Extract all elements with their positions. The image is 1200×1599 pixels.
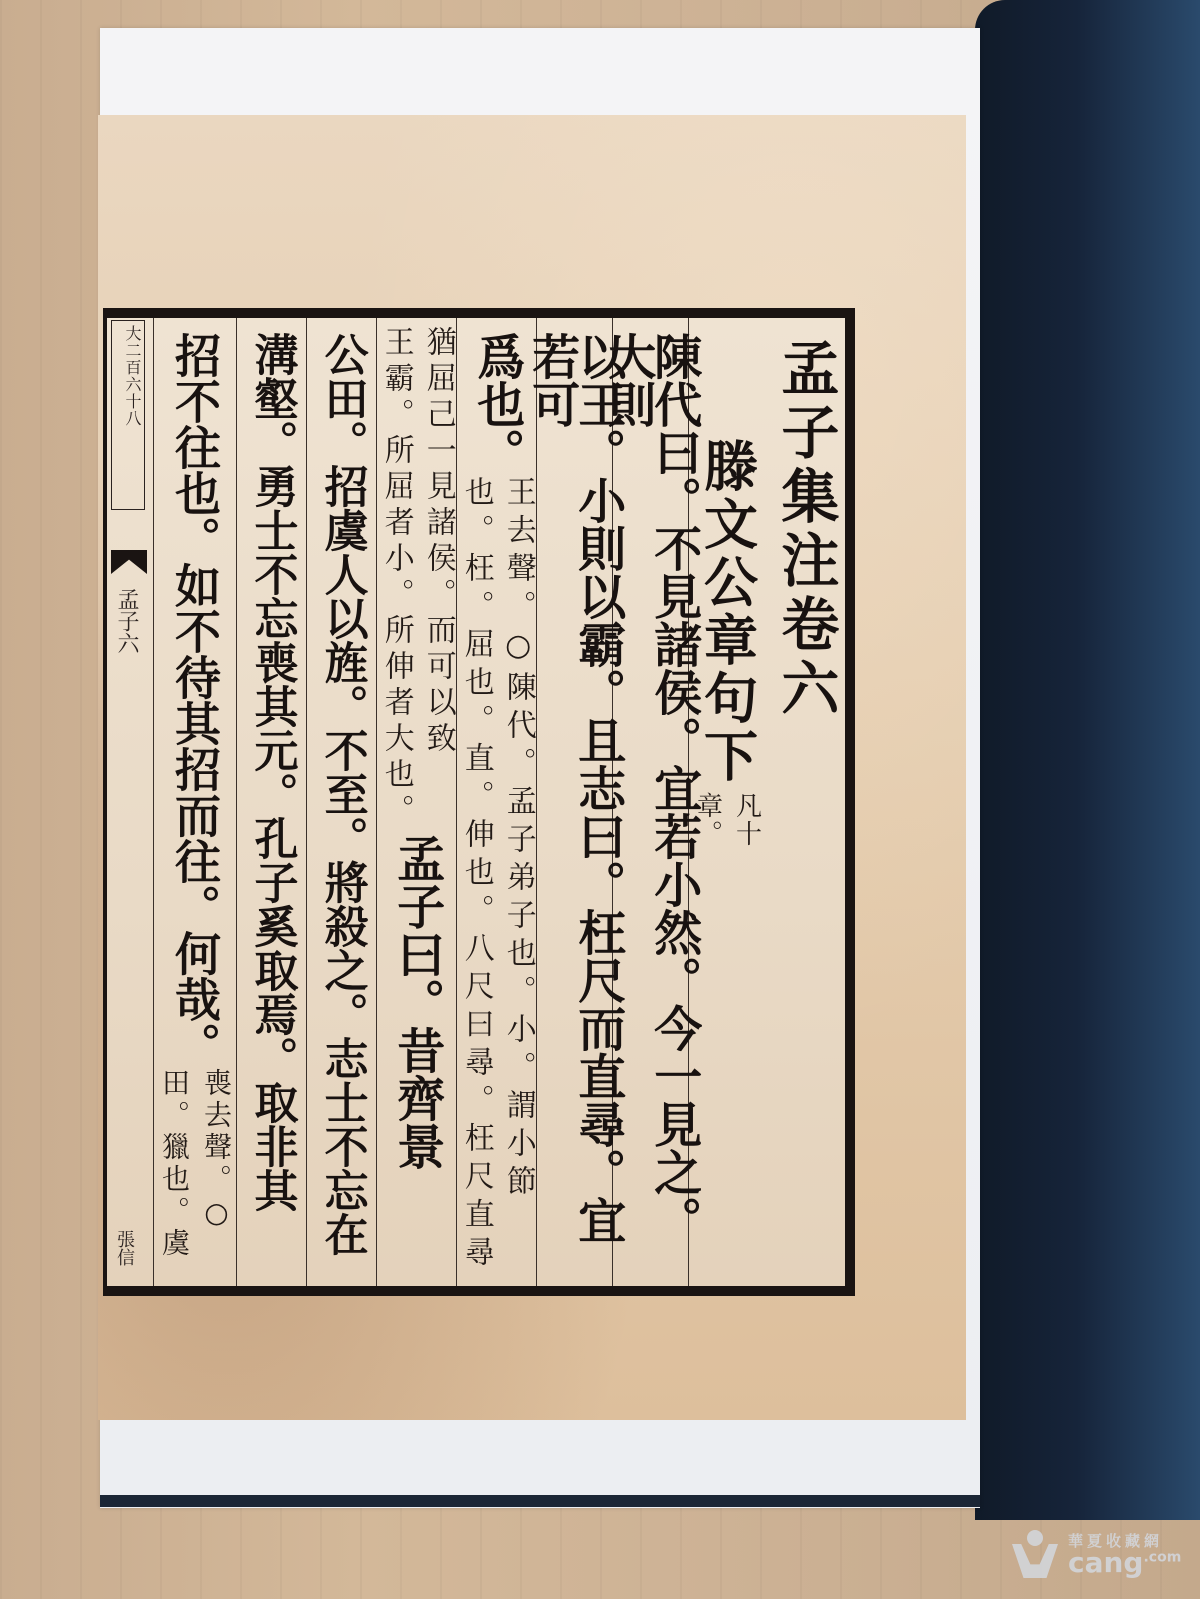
column-text-7: 公田。招虞人以旌。不至。將殺之。志士不忘在 [306, 318, 376, 1286]
watermark-tld: .com [1143, 1549, 1181, 1565]
book-title: 孟子集注卷六 [767, 318, 843, 1286]
margin-volume-label: 孟子六 [111, 588, 142, 654]
commentary-left: 田。獵也。虞 [154, 1068, 194, 1260]
cang-logo-icon [1010, 1530, 1060, 1580]
carver-name: 張信 [111, 1230, 137, 1266]
commentary-left: 王霸。所屈者小。所伸者大也。 [376, 318, 416, 830]
commentary-right: 喪去聲。○ [196, 1068, 236, 1260]
main-text: 爲也。 [474, 318, 520, 476]
column-text-9: 招不往也。如不待其招而往。何哉。 喪去聲。○ 田。獵也。虞 [153, 318, 236, 1286]
column-text-5: 爲也。 王去聲。○陳代。孟子弟子也。小。謂小節 也。枉。屈也。直。伸也。八尺曰尋… [456, 318, 536, 1286]
commentary-right: 王去聲。○陳代。孟子弟子也。小。謂小節 [498, 476, 538, 1274]
watermark-latin: cang.com [1068, 1549, 1181, 1577]
book-cover-dark-blue [975, 0, 1200, 1520]
column-text-4: 以王。小則以霸。且志曰。枉尺而直尋。宜若可 [536, 318, 612, 1286]
cover-bottom-edge [100, 1495, 980, 1507]
main-text: 以王。小則以霸。且志曰。枉尺而直尋。宜若可 [529, 318, 621, 1286]
commentary-right: 猶屈己一見諸侯。而可以致 [418, 318, 458, 830]
fish-tail-mark-icon [111, 550, 147, 574]
printed-text-frame: 大二百六十八 孟子六 張信 孟子集注卷六 滕文公章句下 凡十 章。 陳代曰。不見… [103, 308, 855, 1296]
column-text-8: 溝壑。勇士不忘喪其元。孔子奚取焉。取非其 [236, 318, 306, 1286]
commentary-left: 也。枉。屈也。直。伸也。八尺曰尋。枉尺直尋 [456, 476, 496, 1274]
column-title: 孟子集注卷六 [766, 318, 845, 1286]
main-text: 公田。招虞人以旌。不至。將殺之。志士不忘在 [319, 318, 365, 1286]
column-text-6: 猶屈己一見諸侯。而可以致 王霸。所屈者小。所伸者大也。 孟子曰。昔齊景 [376, 318, 456, 1286]
main-text: 溝壑。勇士不忘喪其元。孔子奚取焉。取非其 [249, 318, 295, 1286]
text-columns: 孟子集注卷六 滕文公章句下 凡十 章。 陳代曰。不見諸侯。宜若小然。今一見之。大… [153, 318, 845, 1286]
main-text: 招不往也。如不待其招而往。何哉。 [172, 318, 218, 1068]
watermark-brand: cang [1068, 1546, 1143, 1579]
margin-top-label: 大二百六十八 [111, 320, 145, 510]
block-center-margin: 大二百六十八 孟子六 張信 [107, 318, 154, 1286]
chapter-note-right: 凡十 [728, 792, 765, 848]
main-text: 孟子曰。昔齊景 [394, 830, 440, 1170]
site-watermark: 華夏收藏網 cang.com [1010, 1530, 1181, 1580]
